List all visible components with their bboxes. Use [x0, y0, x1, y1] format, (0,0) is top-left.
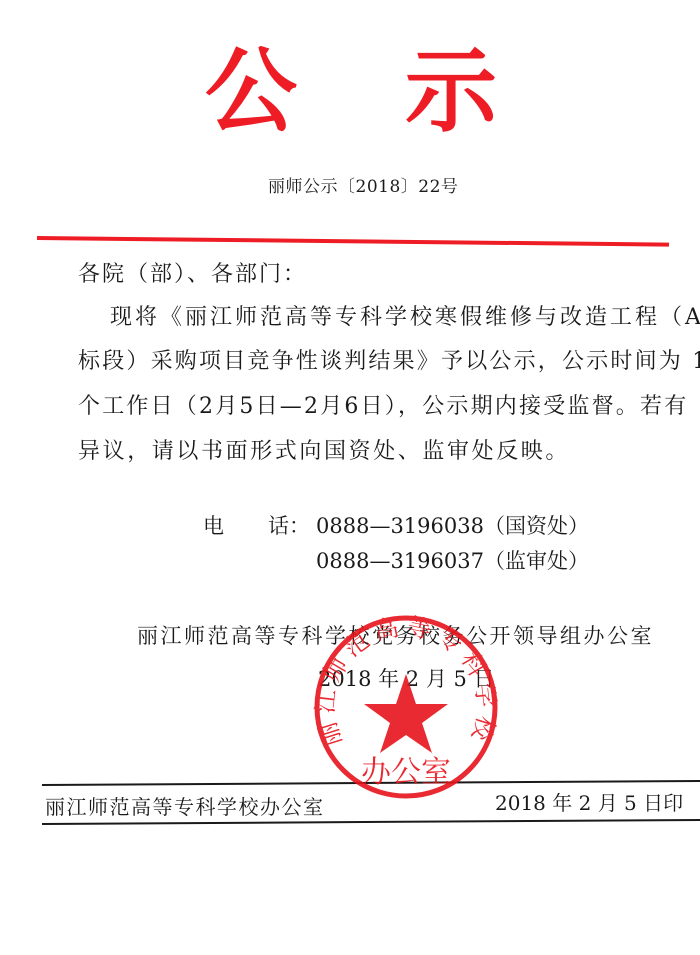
phone-number-2: 0888—3196037（监审处）	[316, 545, 589, 575]
stamp-bottom-text: 办公室	[361, 755, 451, 790]
paragraph-line-2: 标段）采购项目竞争性谈判结果》予以公示，公示时间为 1	[78, 344, 700, 375]
paragraph-line-1: 现将《丽江师范高等专科学校寒假维修与改造工程（AB	[110, 300, 700, 331]
salutation: 各院（部）、各部门：	[78, 257, 307, 288]
star-icon	[364, 674, 448, 753]
footer-print-date: 2018 年 2 月 5 日印	[495, 787, 683, 816]
red-divider	[37, 236, 669, 247]
phone-number-1: 0888—3196038（国资处）	[316, 510, 589, 540]
phone-label-part2: 话：	[268, 510, 310, 540]
title-char-shi: 示	[405, 42, 497, 142]
footer-issuer: 丽江师范高等专科学校办公室	[45, 791, 325, 820]
paragraph-line-4: 异议，请以书面形式向国资处、监审处反映。	[78, 434, 570, 465]
phone-label-part1: 电	[203, 510, 224, 540]
title-char-gong: 公	[205, 42, 297, 142]
official-seal: 丽江师范高等专科学校 办公室	[313, 612, 499, 802]
document-number: 丽师公示〔2018〕22号	[268, 172, 458, 197]
paragraph-line-3: 个工作日（2月5日—2月6日），公示期内接受监督。若有	[78, 389, 688, 420]
